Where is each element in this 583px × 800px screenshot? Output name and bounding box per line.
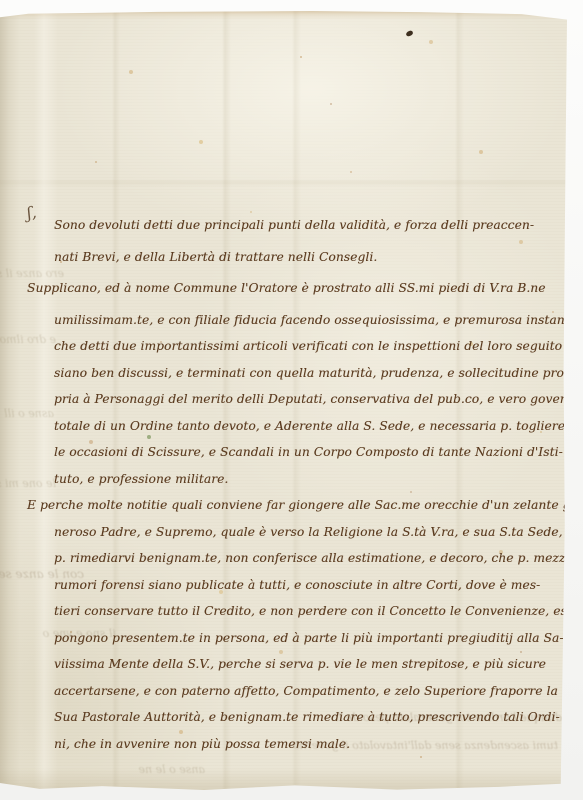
- manuscript-line: accertarsene, e con paterno affetto, Com…: [27, 678, 572, 705]
- foxing-speckles: [0, 11, 2, 13]
- manuscript-line: umilissimam.te, e con filiale fiducia fa…: [27, 307, 572, 334]
- manuscript-line: viissima Mente della S.V., perche si ser…: [27, 651, 572, 678]
- scan-background: ero anze il sno e dro ilmo van asne o il…: [0, 0, 583, 800]
- manuscript-line: nati Brevi, e della Libertà di trattare …: [27, 244, 572, 271]
- ink-blot: [405, 30, 413, 37]
- manuscript-page: ero anze il sno e dro ilmo van asne o il…: [0, 11, 567, 790]
- manuscript-line: ni, che in avvenire non più possa temers…: [27, 731, 572, 758]
- manuscript-text-block: Sono devoluti detti due principali punti…: [27, 207, 572, 757]
- bleedthrough-mark: anse o le ne: [55, 763, 205, 776]
- manuscript-line: siano ben discussi, e terminati con quel…: [27, 360, 572, 387]
- manuscript-line: E perche molte notitie quali conviene fa…: [27, 492, 572, 519]
- manuscript-line: pongono presentem.te in persona, ed à pa…: [27, 625, 572, 652]
- manuscript-line: Supplicano, ed à nome Commune l'Oratore …: [27, 275, 572, 302]
- manuscript-line: pria à Personaggi del merito delli Deput…: [27, 386, 572, 413]
- manuscript-line: totale di un Ordine tanto devoto, e Ader…: [27, 413, 572, 440]
- manuscript-line: Sua Pastorale Auttorità, e benignam.te r…: [27, 704, 572, 731]
- manuscript-line: rumori forensi siano publicate à tutti, …: [27, 572, 572, 599]
- manuscript-line: neroso Padre, e Supremo, quale è verso l…: [27, 519, 572, 546]
- manuscript-line: le occasioni di Scissure, e Scandali in …: [27, 439, 572, 466]
- manuscript-line: che detti due importantissimi articoli v…: [27, 333, 572, 360]
- manuscript-line: tieri conservare tutto il Credito, e non…: [27, 598, 572, 625]
- manuscript-line: Sono devoluti detti due principali punti…: [27, 212, 572, 239]
- manuscript-line: p. rimediarvi benignam.te, non conferisc…: [27, 545, 572, 572]
- manuscript-line: tuto, e professione militare.: [27, 466, 572, 493]
